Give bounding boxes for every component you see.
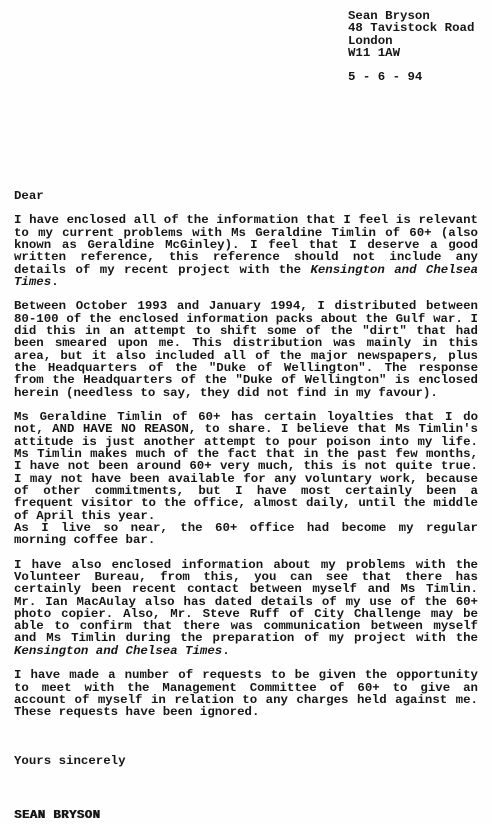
letter-paragraph: I have also enclosed information about m…: [14, 559, 478, 657]
closing-line: Yours sincerely: [14, 755, 478, 767]
salutation: Dear: [14, 190, 478, 202]
letter-date: 5 - 6 - 94: [348, 71, 478, 83]
publication-name: Kensington and Chelsea Times: [14, 644, 222, 658]
sender-postcode: W11 1AW: [348, 47, 478, 59]
paragraph-text: Ms Geraldine Timlin of 60+ has certain l…: [14, 410, 478, 522]
paragraph-text: I have also enclosed information about m…: [14, 558, 478, 646]
sender-address-block: Sean Bryson 48 Tavistock Road London W11…: [348, 10, 478, 59]
paragraph-text: .: [222, 644, 229, 658]
paragraph-text: I have made a number of requests to be g…: [14, 668, 478, 719]
letter-page: Sean Bryson 48 Tavistock Road London W11…: [0, 0, 492, 824]
sender-address-line1: 48 Tavistock Road: [348, 22, 478, 34]
letter-paragraph: Between October 1993 and January 1994, I…: [14, 300, 478, 398]
paragraph-text: .: [51, 275, 58, 289]
letter-paragraph: I have enclosed all of the information t…: [14, 214, 478, 288]
paragraph-text: Between October 1993 and January 1994, I…: [14, 299, 478, 399]
signature-name: SEAN BRYSON: [14, 809, 478, 821]
paragraph-text: As I live so near, the 60+ office had be…: [14, 521, 478, 547]
letter-paragraph: Ms Geraldine Timlin of 60+ has certain l…: [14, 411, 478, 546]
letter-paragraph: I have made a number of requests to be g…: [14, 669, 478, 718]
letter-body: I have enclosed all of the information t…: [14, 214, 478, 718]
